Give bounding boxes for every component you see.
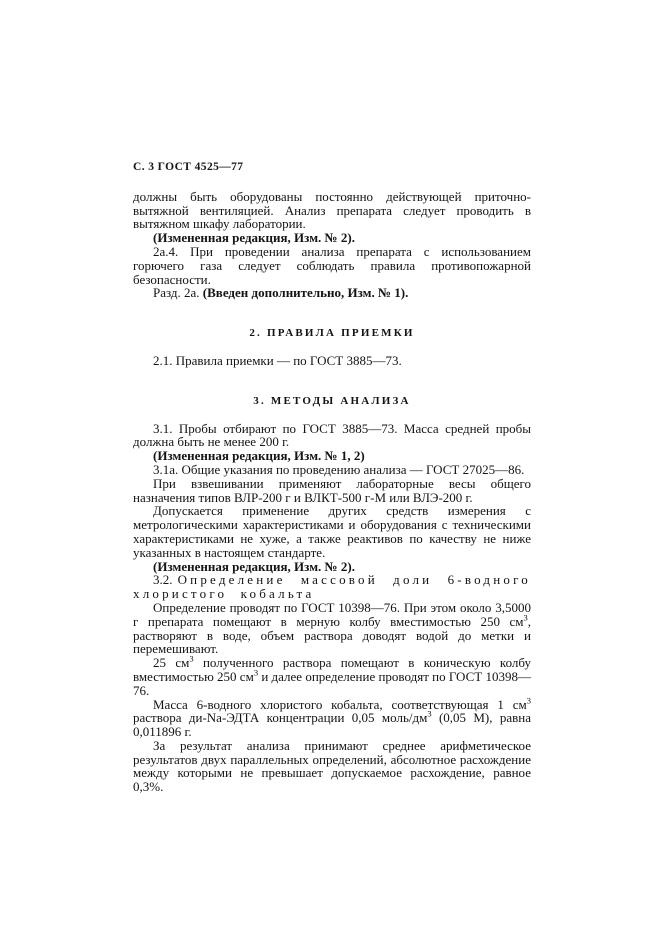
text-run: 3.1. Пробы отбирают по ГОСТ 3885—73. Мас… bbox=[133, 421, 531, 450]
text-run: Определение массовой доли 6-водного хлор… bbox=[133, 572, 531, 601]
editorial-note: (Измененная редакция, Изм. № 2). bbox=[133, 231, 531, 245]
text-column: С. 3 ГОСТ 4525—77 должны быть оборудован… bbox=[133, 161, 531, 794]
superscript: 3 bbox=[527, 695, 531, 705]
document-body: должны быть оборудованы постоянно действ… bbox=[133, 190, 531, 794]
clause-3-1a-scales: При взвешивании применяют лабораторные в… bbox=[133, 477, 531, 505]
text-run: 2а.4. При проведении анализа препарата с… bbox=[133, 244, 531, 287]
clause-2a3-continuation: должны быть оборудованы постоянно действ… bbox=[133, 190, 531, 231]
text-run: 2.1. Правила приемки — по ГОСТ 3885—73. bbox=[153, 353, 402, 368]
text-run: должны быть оборудованы постоянно действ… bbox=[133, 189, 531, 232]
clause-2a4: 2а.4. При проведении анализа препарата с… bbox=[133, 245, 531, 286]
clause-3-1: 3.1. Пробы отбирают по ГОСТ 3885—73. Мас… bbox=[133, 422, 531, 450]
text-run: (Измененная редакция, Изм. № 1, 2) bbox=[153, 448, 365, 463]
text-run: 25 см bbox=[153, 655, 189, 670]
clause-2-1: 2.1. Правила приемки — по ГОСТ 3885—73. bbox=[133, 354, 531, 368]
editorial-note: (Измененная редакция, Изм. № 2). bbox=[133, 560, 531, 574]
clause-3-2-mass: Масса 6-водного хлористого кобальта, соо… bbox=[133, 698, 531, 739]
text-run: Разд. 2а. bbox=[153, 285, 203, 300]
text-run: За результат анализа принимают среднее а… bbox=[133, 738, 531, 794]
clause-3-2-procedure: Определение проводят по ГОСТ 10398—76. П… bbox=[133, 601, 531, 656]
document-page: С. 3 ГОСТ 4525—77 должны быть оборудован… bbox=[0, 0, 661, 936]
clause-3-2-title: 3.2. Определение массовой доли 6-водного… bbox=[133, 573, 531, 601]
clause-3-1a: 3.1а. Общие указания по проведению анали… bbox=[133, 463, 531, 477]
text-run: 2. ПРАВИЛА ПРИЕМКИ bbox=[249, 327, 414, 339]
section-2-heading: 2. ПРАВИЛА ПРИЕМКИ bbox=[133, 327, 531, 341]
running-header: С. 3 ГОСТ 4525—77 bbox=[133, 161, 531, 175]
text-run: 3. МЕТОДЫ АНАЛИЗА bbox=[253, 395, 410, 407]
text-run: 3.2. bbox=[153, 572, 178, 587]
text-run: 3.1а. Общие указания по проведению анали… bbox=[153, 462, 524, 477]
clause-3-2-result: За результат анализа принимают среднее а… bbox=[133, 739, 531, 794]
text-run: (Измененная редакция, Изм. № 2). bbox=[153, 559, 355, 574]
clause-3-1a-allowance: Допускается применение других средств из… bbox=[133, 504, 531, 559]
text-run: Определение проводят по ГОСТ 10398—76. П… bbox=[133, 600, 531, 629]
clause-3-2-aliquot: 25 см3 полученного раствора помещают в к… bbox=[133, 656, 531, 697]
editorial-note: (Измененная редакция, Изм. № 1, 2) bbox=[133, 449, 531, 463]
text-run: (Измененная редакция, Изм. № 2). bbox=[153, 230, 355, 245]
text-run: (Введен дополнительно, Изм. № 1). bbox=[203, 285, 409, 300]
text-run: При взвешивании применяют лабораторные в… bbox=[133, 476, 531, 505]
text-run: раствора ди-Na-ЭДТА концентрации 0,05 мо… bbox=[133, 710, 427, 725]
text-run: Допускается применение других средств из… bbox=[133, 503, 531, 559]
clause-2a-note: Разд. 2а. (Введен дополнительно, Изм. № … bbox=[133, 286, 531, 300]
section-3-heading: 3. МЕТОДЫ АНАЛИЗА bbox=[133, 395, 531, 409]
